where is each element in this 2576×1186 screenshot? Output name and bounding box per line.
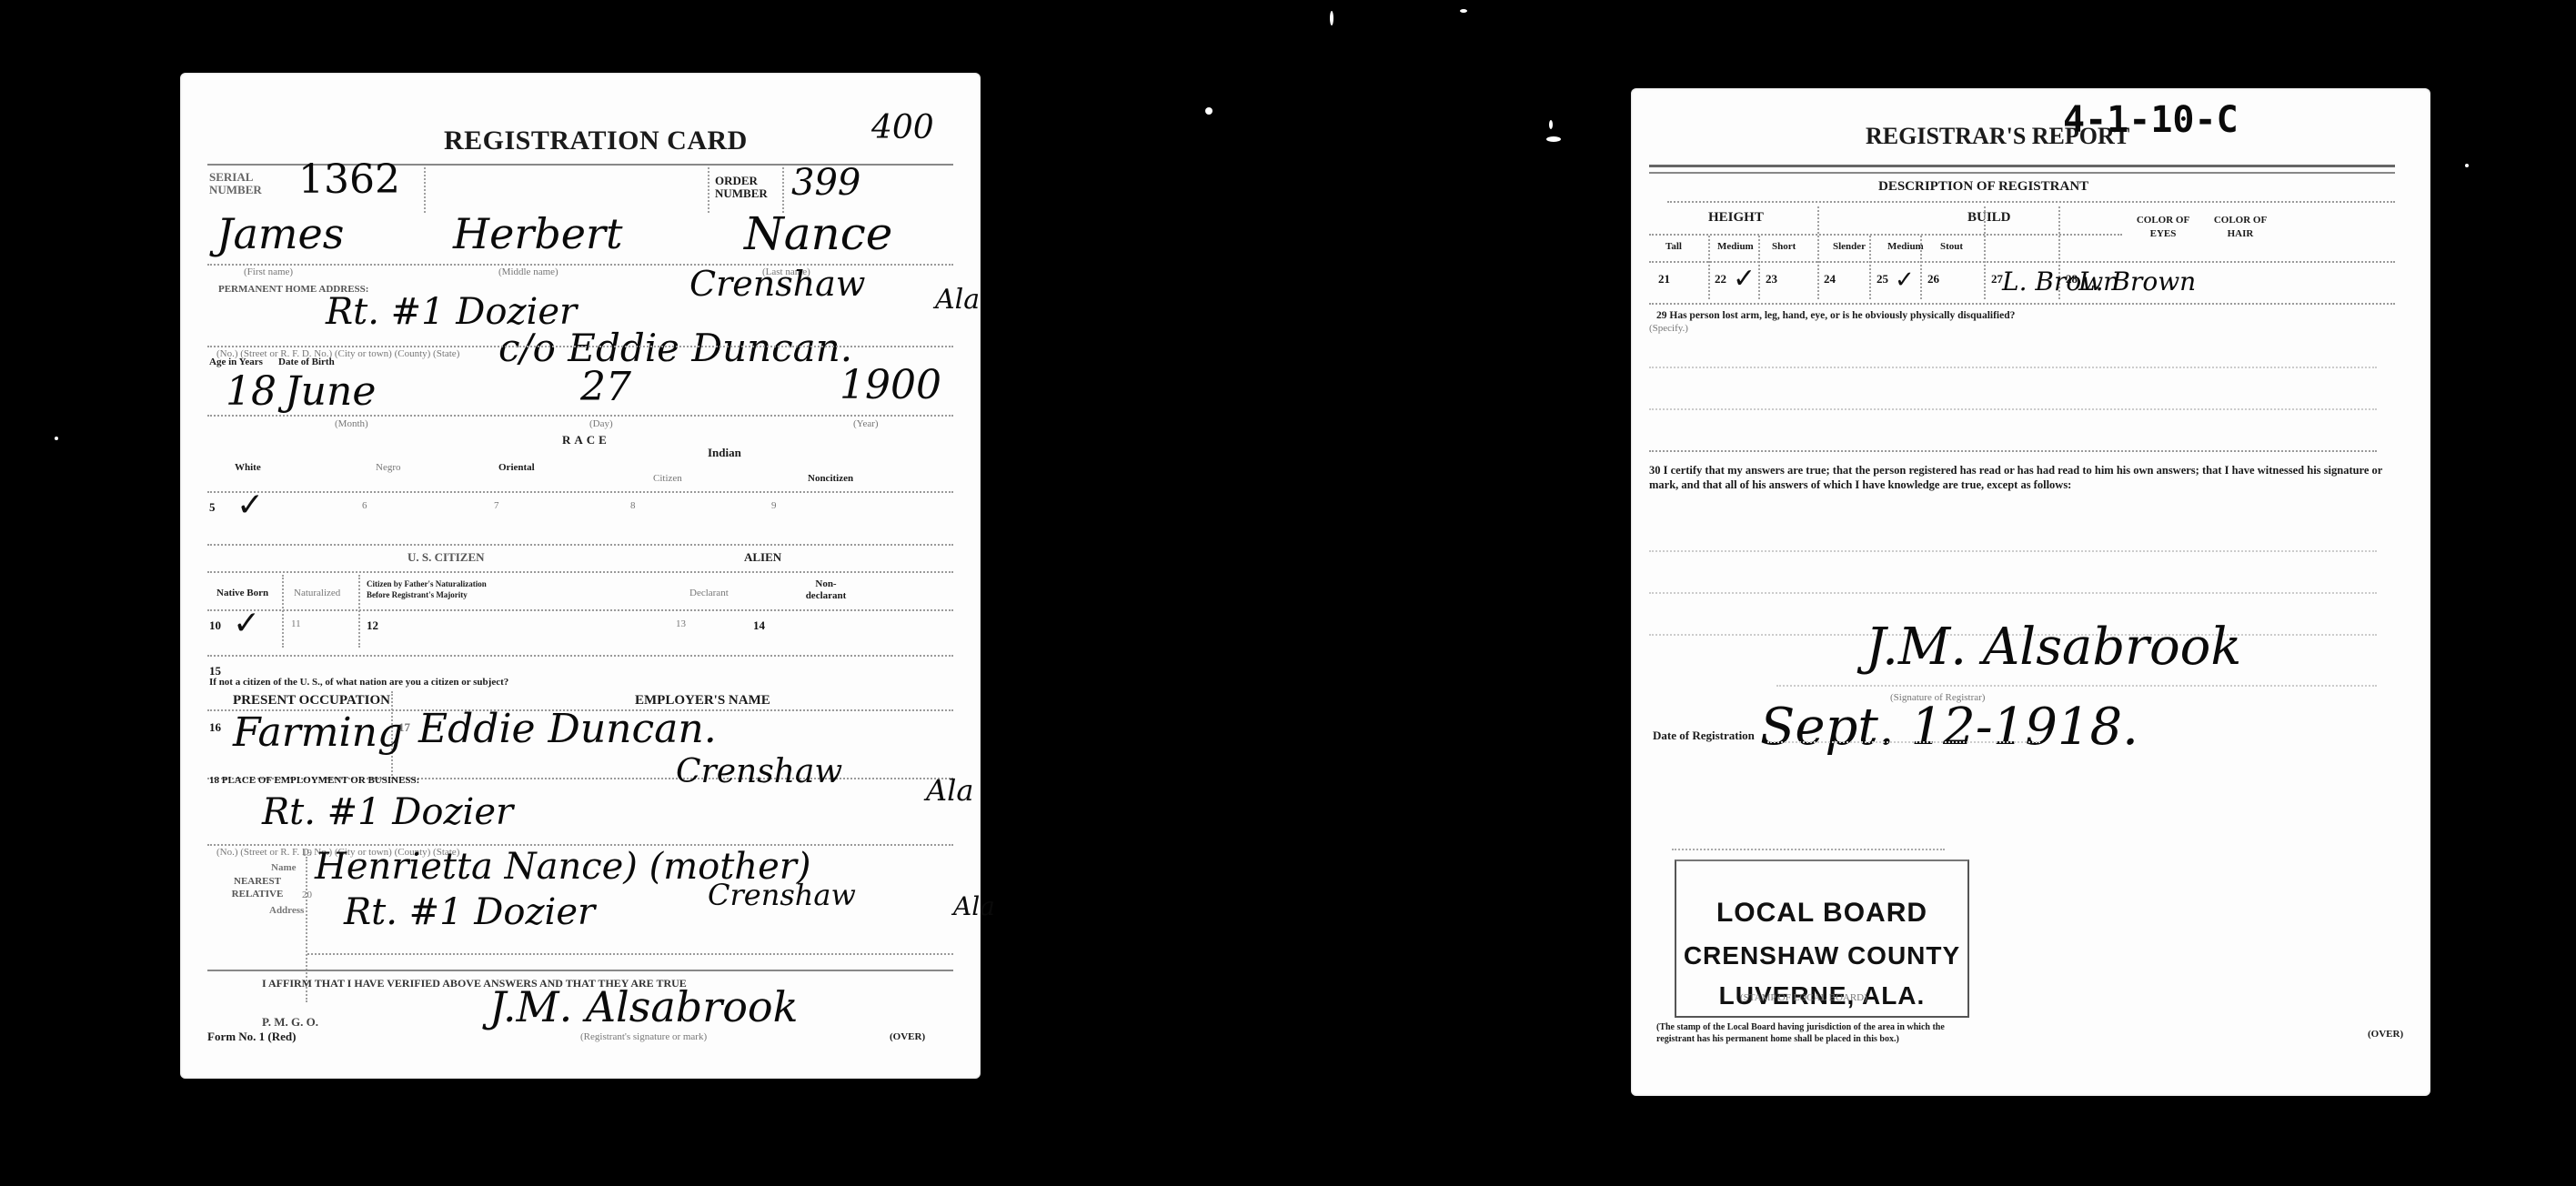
height-heading: HEIGHT [1708, 210, 1764, 226]
build-col-slender: Slender [1833, 241, 1866, 252]
divider [1776, 685, 2377, 687]
hair-color-value: L. Brown [2078, 266, 2196, 296]
place-of-employment-label: 18 PLACE OF EMPLOYMENT OR BUSINESS: [209, 775, 419, 786]
occupation-value: Farming [233, 709, 403, 756]
relative-county: Crenshaw [708, 878, 856, 912]
pmgo-label: P. M. G. O. [262, 1015, 318, 1030]
citizen-field-14: 14 [753, 618, 765, 633]
age-value: 18 [226, 368, 277, 415]
place-of-employment-line: Rt. #1 Dozier [262, 791, 513, 833]
home-address-line2: c/o Eddie Duncan. [498, 326, 852, 370]
divider [1667, 201, 2395, 203]
eyes-heading: COLOR OF EYES [2131, 214, 2195, 241]
divider [1708, 236, 1710, 299]
occupation-label: PRESENT OCCUPATION [233, 693, 390, 709]
divider [307, 953, 953, 955]
divider [1649, 450, 2377, 452]
race-col-white: White [235, 462, 261, 473]
divider [1649, 592, 2377, 594]
registration-card-front: REGISTRATION CARD 400 SERIAL NUMBER 1362… [180, 73, 981, 1079]
indian-label: Indian [708, 446, 741, 460]
relative-address-value: Rt. #1 Dozier [344, 891, 595, 933]
day-caption: (Day) [589, 418, 613, 429]
height-col-medium: Medium [1717, 241, 1754, 252]
divider [1649, 367, 2377, 368]
signature-caption: (Registrant's signature or mark) [580, 1031, 707, 1042]
dob-label: Date of Birth [278, 357, 335, 367]
date-of-registration-value: Sept. 12-1918. [1760, 698, 2138, 757]
occupation-number: 16 [209, 720, 221, 735]
card-title: REGISTRATION CARD [444, 126, 748, 156]
field-24: 24 [1824, 272, 1836, 286]
build-medium-checkmark: ✓ [1895, 266, 1915, 294]
field-22: 22 [1715, 272, 1726, 286]
dust-speck [1205, 107, 1213, 115]
divider [207, 655, 953, 657]
employer-value: Eddie Duncan. [418, 706, 717, 752]
registrant-signature: J.M. Alsabrook [489, 982, 799, 1031]
divider [207, 571, 953, 573]
divider [1649, 408, 2377, 410]
divider [782, 167, 784, 213]
divider [1817, 206, 1819, 299]
relative-state: Ala [953, 891, 995, 921]
divider [1869, 236, 1871, 299]
field-25: 25 [1877, 272, 1888, 286]
stamp-note: (The stamp of the Local Board having jur… [1656, 1021, 1957, 1045]
order-number-value: 399 [791, 162, 860, 204]
dust-speck [1546, 136, 1561, 142]
nearest-relative-label: NEAREST RELATIVE [226, 875, 289, 900]
date-of-registration-label: Date of Registration [1653, 729, 1755, 743]
divider [1984, 206, 1986, 299]
dust-speck [55, 437, 58, 440]
registrar-signature: J.M. Alsabrook [1866, 618, 2241, 677]
hair-heading: COLOR OF HAIR [2209, 214, 2272, 241]
divider [207, 544, 953, 546]
divider [708, 167, 709, 213]
q29-specify: (Specify.) [1649, 323, 1688, 334]
dob-month: June [285, 368, 376, 415]
citizen-field-12: 12 [367, 618, 378, 633]
divider [1920, 236, 1922, 299]
age-label: Age in Years [209, 357, 263, 367]
race-heading: RACE [562, 433, 610, 447]
middle-name-caption: (Middle name) [498, 266, 558, 277]
divider [424, 167, 426, 213]
native-born-checkmark: ✓ [233, 605, 260, 642]
race-col-oriental: Oriental [498, 462, 535, 473]
divider [1649, 303, 2395, 305]
build-heading: BUILD [1967, 210, 2011, 226]
q29-text: 29 Has person lost arm, leg, hand, eye, … [1656, 310, 2015, 321]
middle-name: Herbert [453, 209, 622, 258]
divider [1758, 236, 1760, 299]
year-caption: (Year) [853, 418, 879, 429]
divider [207, 491, 953, 493]
alien-col-nondeclarant: Non-declarant [799, 578, 853, 602]
height-col-tall: Tall [1665, 241, 1682, 252]
race-field-9: 9 [771, 500, 777, 511]
divider [207, 609, 953, 611]
serial-number-label: SERIAL NUMBER [209, 171, 282, 196]
q30-text: 30 I certify that my answers are true; t… [1649, 463, 2395, 492]
registrars-report-back: REGISTRAR'S REPORT 4-1-10-C DESCRIPTION … [1631, 88, 2430, 1096]
q15-text: If not a citizen of the U. S., of what n… [209, 677, 508, 688]
build-col-stout: Stout [1940, 241, 1963, 252]
divider [207, 346, 953, 347]
order-number-label: ORDER NUMBER [715, 175, 779, 200]
employer-number: 17 [398, 720, 410, 735]
dob-year: 1900 [840, 362, 941, 408]
race-white-checkmark: ✓ [236, 487, 264, 524]
alien-heading: ALIEN [744, 550, 781, 565]
race-field-8: 8 [630, 500, 636, 511]
divider [207, 415, 953, 417]
dob-day: 27 [580, 364, 631, 410]
corner-number: 400 [871, 109, 934, 146]
first-name: James [216, 209, 344, 258]
stamp-caption: (STAMP OF LOCAL BOARD) [1740, 992, 1867, 1003]
dust-speck [2465, 164, 2469, 167]
race-field-5: 5 [209, 500, 216, 515]
height-medium-checkmark: ✓ [1733, 263, 1756, 295]
field-26: 26 [1927, 272, 1939, 286]
race-col-negro: Negro [376, 462, 401, 473]
relative-name-label: Name [271, 862, 297, 873]
divider [1649, 172, 2395, 174]
field-21: 21 [1658, 272, 1670, 286]
last-name: Nance [744, 207, 892, 260]
citizen-col-fathers: Citizen by Father's Naturalization Befor… [367, 578, 494, 600]
stamp-code: 4-1-10-C [2063, 99, 2239, 141]
height-col-short: Short [1772, 241, 1796, 252]
divider [1767, 741, 2040, 743]
local-board-stamp-box: LOCAL BOARD CRENSHAW COUNTY LUVERNE, ALA… [1675, 859, 1969, 1018]
description-heading: DESCRIPTION OF REGISTRANT [1878, 179, 2088, 195]
form-number: Form No. 1 (Red) [207, 1030, 296, 1044]
place-of-employment-state: Ala [926, 773, 973, 808]
home-address-state: Ala [935, 284, 980, 316]
build-col-medium: Medium [1887, 241, 1924, 252]
first-name-caption: (First name) [244, 266, 293, 277]
alien-col-declarant: Declarant [689, 588, 729, 598]
race-col-citizen: Citizen [653, 473, 682, 484]
race-field-6: 6 [362, 500, 367, 511]
dust-speck [1330, 11, 1333, 25]
race-col-noncitizen: Noncitizen [808, 473, 853, 484]
dust-speck [1549, 120, 1553, 129]
citizen-field-11: 11 [291, 618, 301, 629]
relative-address-number: 20 [302, 889, 312, 900]
divider [1649, 165, 2395, 167]
relative-name-number: 19 [302, 848, 312, 859]
home-address-county: Crenshaw [689, 264, 865, 304]
divider [207, 970, 953, 971]
back-over-label: (OVER) [2368, 1029, 2403, 1040]
serial-number-value: 1362 [298, 156, 400, 203]
citizen-field-13: 13 [676, 618, 686, 629]
divider [1649, 550, 2377, 552]
dust-speck [1460, 9, 1467, 13]
front-over-label: (OVER) [890, 1031, 925, 1042]
field-23: 23 [1766, 272, 1777, 286]
relative-address-label: Address [269, 905, 304, 916]
citizen-col-naturalized: Naturalized [294, 588, 340, 598]
stamp-line-local-board: LOCAL BOARD [1676, 898, 1967, 929]
divider [1649, 234, 2122, 236]
divider [1649, 261, 2395, 263]
month-caption: (Month) [335, 418, 368, 429]
divider [358, 575, 360, 648]
divider [282, 575, 284, 648]
us-citizen-heading: U. S. CITIZEN [408, 550, 485, 565]
race-field-7: 7 [494, 500, 499, 511]
stamp-line-county: CRENSHAW COUNTY [1676, 941, 1967, 970]
divider [1672, 849, 1945, 850]
citizen-field-10: 10 [209, 618, 221, 633]
place-of-employment-county: Crenshaw [676, 753, 842, 790]
citizen-col-native: Native Born [216, 588, 268, 598]
